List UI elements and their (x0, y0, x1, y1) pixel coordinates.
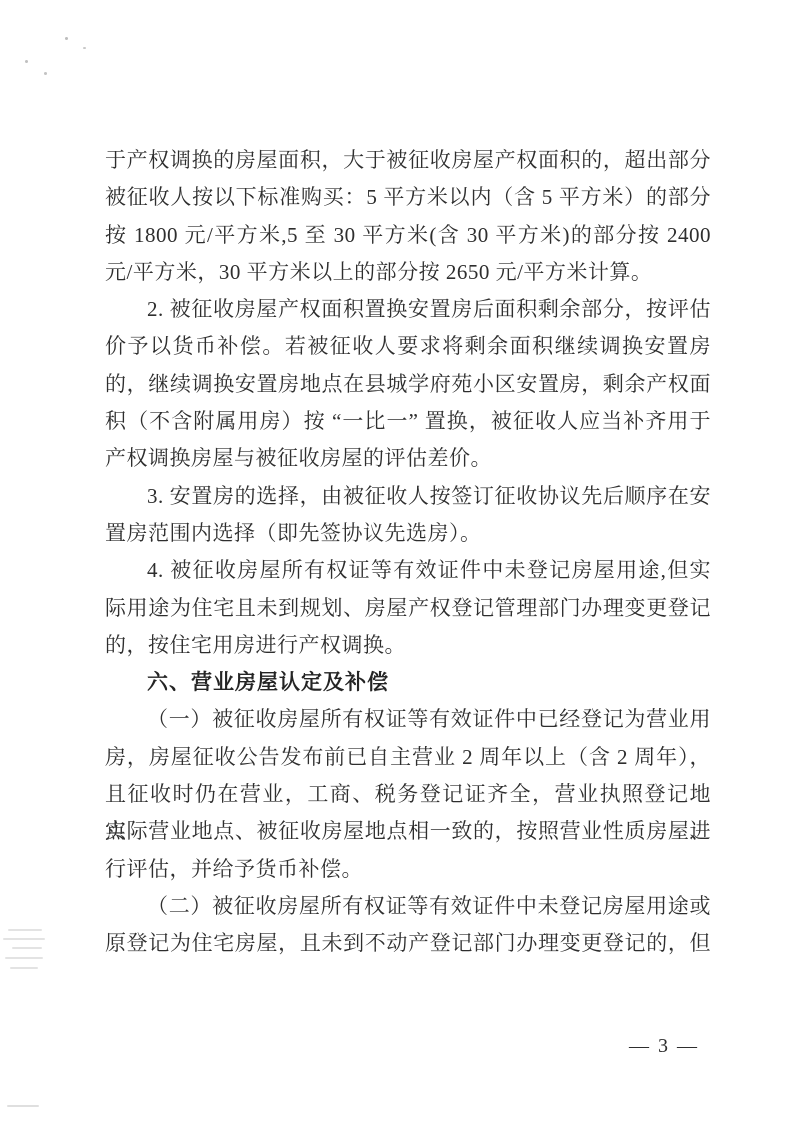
text-line: 被征收人按以下标准购买：5 平方米以内（含 5 平方米）的部分 (105, 179, 711, 216)
paragraph: （二）被征收房屋所有权证等有效证件中未登记房屋用途或原登记为住宅房屋，且未到不动… (105, 888, 711, 963)
text-line: （一）被征收房屋所有权证等有效证件中已经登记为营业用 (105, 701, 711, 738)
text-block: 于产权调换的房屋面积，大于被征收房屋产权面积的，超出部分被征收人按以下标准购买：… (105, 142, 711, 963)
paragraph: 3. 安置房的选择，由被征收人按签订征收协议先后顺序在安置房范围内选择（即先签协… (105, 478, 711, 553)
heading-line: 六、营业房屋认定及补偿 (105, 664, 711, 701)
text-line: 4. 被征收房屋所有权证等有效证件中未登记房屋用途,但实 (105, 552, 711, 589)
text-line: 产权调换房屋与被征收房屋的评估差价。 (105, 440, 711, 477)
text-line: 行评估，并给予货币补偿。 (105, 851, 711, 888)
scan-smudge (7, 1105, 39, 1107)
scan-speckle (65, 37, 68, 40)
paragraph: （一）被征收房屋所有权证等有效证件中已经登记为营业用房，房屋征收公告发布前已自主… (105, 701, 711, 887)
text-line: 的，按住宅用房进行产权调换。 (105, 627, 711, 664)
paragraph: 于产权调换的房屋面积，大于被征收房屋产权面积的，超出部分被征收人按以下标准购买：… (105, 142, 711, 291)
text-line: 价予以货币补偿。若被征收人要求将剩余面积继续调换安置房 (105, 328, 711, 365)
text-line: 房，房屋征收公告发布前已自主营业 2 周年以上（含 2 周年）， (105, 739, 711, 776)
text-line: 积（不含附属用房）按 “一比一” 置换，被征收人应当补齐用于 (105, 403, 711, 440)
text-line: 的，继续调换安置房地点在县城学府苑小区安置房，剩余产权面 (105, 366, 711, 403)
scan-smudge (5, 957, 43, 959)
text-line: 元/平方米，30 平方米以上的部分按 2650 元/平方米计算。 (105, 254, 711, 291)
text-line: 实际营业地点、被征收房屋地点相一致的，按照营业性质房屋进 (105, 813, 711, 850)
text-line: （二）被征收房屋所有权证等有效证件中未登记房屋用途或 (105, 888, 711, 925)
scan-speckle (25, 60, 28, 63)
text-line: 际用途为住宅且未到规划、房屋产权登记管理部门办理变更登记 (105, 590, 711, 627)
section-heading: 六、营业房屋认定及补偿 (105, 664, 711, 701)
text-line: 置房范围内选择（即先签协议先选房）。 (105, 515, 711, 552)
document-page: 于产权调换的房屋面积，大于被征收房屋产权面积的，超出部分被征收人按以下标准购买：… (0, 0, 793, 1121)
scan-smudge (12, 947, 42, 949)
paragraph: 4. 被征收房屋所有权证等有效证件中未登记房屋用途,但实际用途为住宅且未到规划、… (105, 552, 711, 664)
text-line: 按 1800 元/平方米,5 至 30 平方米(含 30 平方米)的部分按 24… (105, 217, 711, 254)
paragraph: 2. 被征收房屋产权面积置换安置房后面积剩余部分，按评估价予以货币补偿。若被征收… (105, 291, 711, 477)
text-line: 3. 安置房的选择，由被征收人按签订征收协议先后顺序在安 (105, 478, 711, 515)
scan-smudge (8, 929, 42, 931)
text-line: 于产权调换的房屋面积，大于被征收房屋产权面积的，超出部分 (105, 142, 711, 179)
scan-speckle (83, 47, 86, 49)
page-number: — 3 — (629, 1035, 699, 1058)
text-line: 且征收时仍在营业，工商、税务登记证齐全，营业执照登记地点、 (105, 776, 711, 813)
scan-speckle (44, 72, 47, 75)
text-line: 原登记为住宅房屋，且未到不动产登记部门办理变更登记的，但 (105, 925, 711, 962)
scan-smudge (10, 967, 38, 969)
text-line: 2. 被征收房屋产权面积置换安置房后面积剩余部分，按评估 (105, 291, 711, 328)
scan-smudge (3, 938, 45, 940)
